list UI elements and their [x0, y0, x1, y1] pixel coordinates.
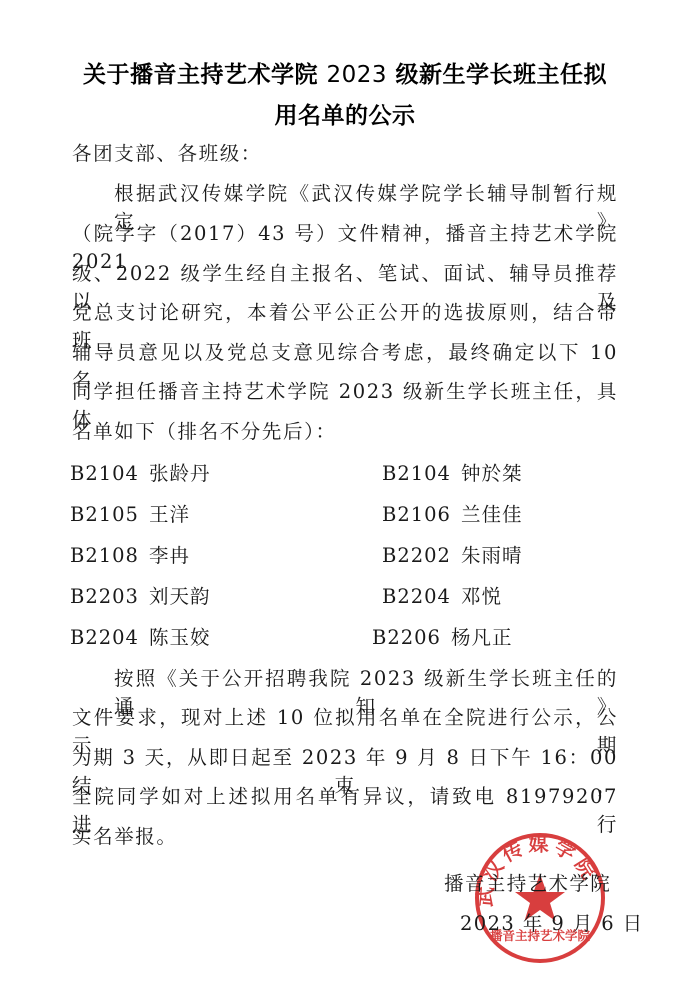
- name-list-item: B2106兰佳佳: [382, 501, 522, 529]
- name-list-item: B2202朱雨晴: [382, 542, 522, 570]
- name-list-item: B2204陈玉姣: [70, 624, 210, 652]
- class-code: B2204: [382, 585, 451, 608]
- name-list-item: B2203刘天韵: [70, 583, 210, 611]
- class-code: B2104: [70, 462, 139, 485]
- document-title-line-2: 用名单的公示: [0, 97, 690, 130]
- class-code: B2106: [382, 503, 451, 526]
- class-code: B2206: [372, 626, 441, 649]
- name-list-item: B2204邓悦: [382, 583, 502, 611]
- student-name: 朱雨晴: [461, 544, 523, 567]
- student-name: 钟於桀: [461, 462, 523, 485]
- signature-organization: 播音主持艺术学院: [444, 870, 611, 898]
- name-list-item: B2105王洋: [70, 501, 190, 529]
- class-code: B2108: [70, 544, 139, 567]
- student-name: 兰佳佳: [461, 503, 523, 526]
- paragraph1-line: 名单如下（排名不分先后）：: [72, 418, 618, 446]
- class-code: B2203: [70, 585, 139, 608]
- signature-date: 2023 年 9 月 6 日: [460, 910, 644, 938]
- student-name: 邓悦: [461, 585, 502, 608]
- class-code: B2202: [382, 544, 451, 567]
- student-name: 李冉: [149, 544, 190, 567]
- student-name: 张龄丹: [149, 462, 211, 485]
- class-code: B2104: [382, 462, 451, 485]
- title-text-b: 级新生学长班主任拟: [387, 62, 607, 88]
- student-name: 刘天韵: [149, 585, 211, 608]
- class-code: B2105: [70, 503, 139, 526]
- student-name: 陈玉姣: [149, 626, 211, 649]
- title-text-a: 关于播音主持艺术学院: [83, 62, 327, 88]
- official-seal-stamp-icon: 武汉传媒学院 播音主持艺术学院: [472, 830, 608, 966]
- name-list-item: B2104张龄丹: [70, 460, 210, 488]
- salutation: 各团支部、各班级：: [72, 140, 618, 168]
- class-code: B2204: [70, 626, 139, 649]
- student-name: 杨凡正: [451, 626, 513, 649]
- name-list-item: B2104钟於桀: [382, 460, 522, 488]
- name-list-item: B2108李冉: [70, 542, 190, 570]
- document-title-line-1: 关于播音主持艺术学院 2023 级新生学长班主任拟: [0, 56, 690, 89]
- student-name: 王洋: [149, 503, 190, 526]
- title-year: 2023: [326, 62, 387, 88]
- name-list-item: B2206杨凡正: [372, 624, 512, 652]
